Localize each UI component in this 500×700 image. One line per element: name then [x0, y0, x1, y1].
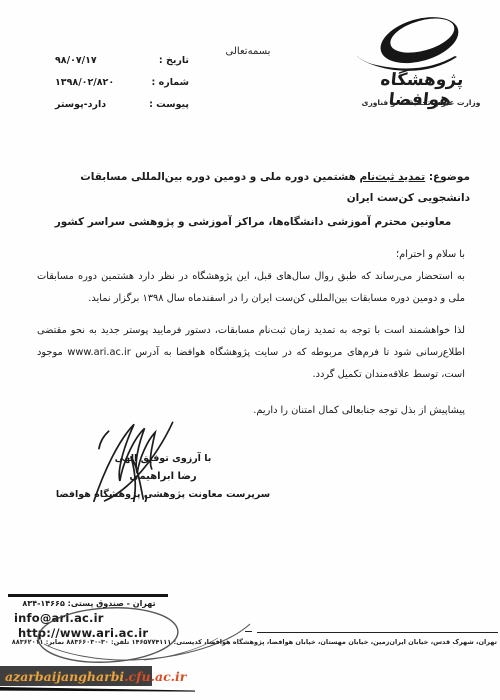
- footer-left-divider: [8, 594, 168, 597]
- bottom-scan-line: [0, 686, 210, 694]
- aerospace-research-institute-logo-icon: [342, 8, 487, 78]
- salutation: با سلام و احترام؛: [37, 244, 465, 266]
- attachment-label: پیوست :: [149, 99, 189, 110]
- paragraph-2: لذا خواهشمند است با توجه به تمدید زمان ث…: [37, 320, 465, 386]
- letter-body: با سلام و احترام؛ به استحضار می‌رساند که…: [37, 244, 465, 422]
- scanned-letter-page: بسمه‌تعالی تاریخ : ۹۸/۰۷/۱۷ شماره : ۱۳۹۸…: [0, 0, 500, 700]
- signatory-name: رضا ابراهیمی: [38, 468, 288, 486]
- footer-right-divider: [257, 632, 498, 633]
- subject-underlined-part: تمدید ثبت‌نام: [360, 171, 426, 183]
- paragraph-1: به استحضار می‌رساند که طبق روال سال‌های …: [37, 266, 465, 310]
- date-value: ۹۸/۰۷/۱۷: [55, 55, 97, 66]
- besmele-text: بسمه‌تعالی: [203, 46, 293, 57]
- date-label: تاریخ :: [159, 55, 189, 66]
- footer-right-dash: [245, 631, 252, 632]
- meta-row-attachment: پیوست : دارد-پوستر: [55, 99, 189, 121]
- ministry-line: وزارت علوم، تحقیقات و فناوری: [352, 98, 490, 107]
- subject-line: موضوع: تمدید ثبت‌نام هشتمین دوره ملی و د…: [36, 167, 470, 209]
- watermark-main-text: azarbaijangharbi: [5, 669, 124, 684]
- signatory-title: سرپرست معاونت پژوهشی پژوهشگاه هوافضا: [38, 486, 288, 504]
- meta-row-date: تاریخ : ۹۸/۰۷/۱۷: [55, 55, 189, 77]
- subject-label: موضوع:: [429, 171, 470, 183]
- site-watermark-banner: azarbaijangharbi.cfu.ac.ir: [0, 666, 152, 686]
- number-label: شماره :: [152, 77, 189, 88]
- attachment-value: دارد-پوستر: [55, 99, 106, 110]
- subject-block: موضوع: تمدید ثبت‌نام هشتمین دوره ملی و د…: [36, 167, 470, 233]
- meta-row-number: شماره : ۱۳۹۸/۰۲/۸۲۰: [55, 77, 189, 99]
- signature-block: با آرزوی توفیق الهی رضا ابراهیمی سرپرست …: [38, 450, 288, 504]
- signature-wish: با آرزوی توفیق الهی: [38, 450, 288, 468]
- letter-meta-block: تاریخ : ۹۸/۰۷/۱۷ شماره : ۱۳۹۸/۰۲/۸۲۰ پیو…: [55, 55, 189, 121]
- recipients-line: معاونین محترم آموزشی دانشگاه‌ها، مراکز آ…: [36, 212, 470, 233]
- watermark-domain-text: .cfu.ac.ir: [124, 669, 186, 684]
- address-line: تهران، شهرک قدس، خیابان ایران‌زمین، خیاب…: [12, 638, 497, 646]
- number-value: ۱۳۹۸/۰۲/۸۲۰: [55, 77, 114, 88]
